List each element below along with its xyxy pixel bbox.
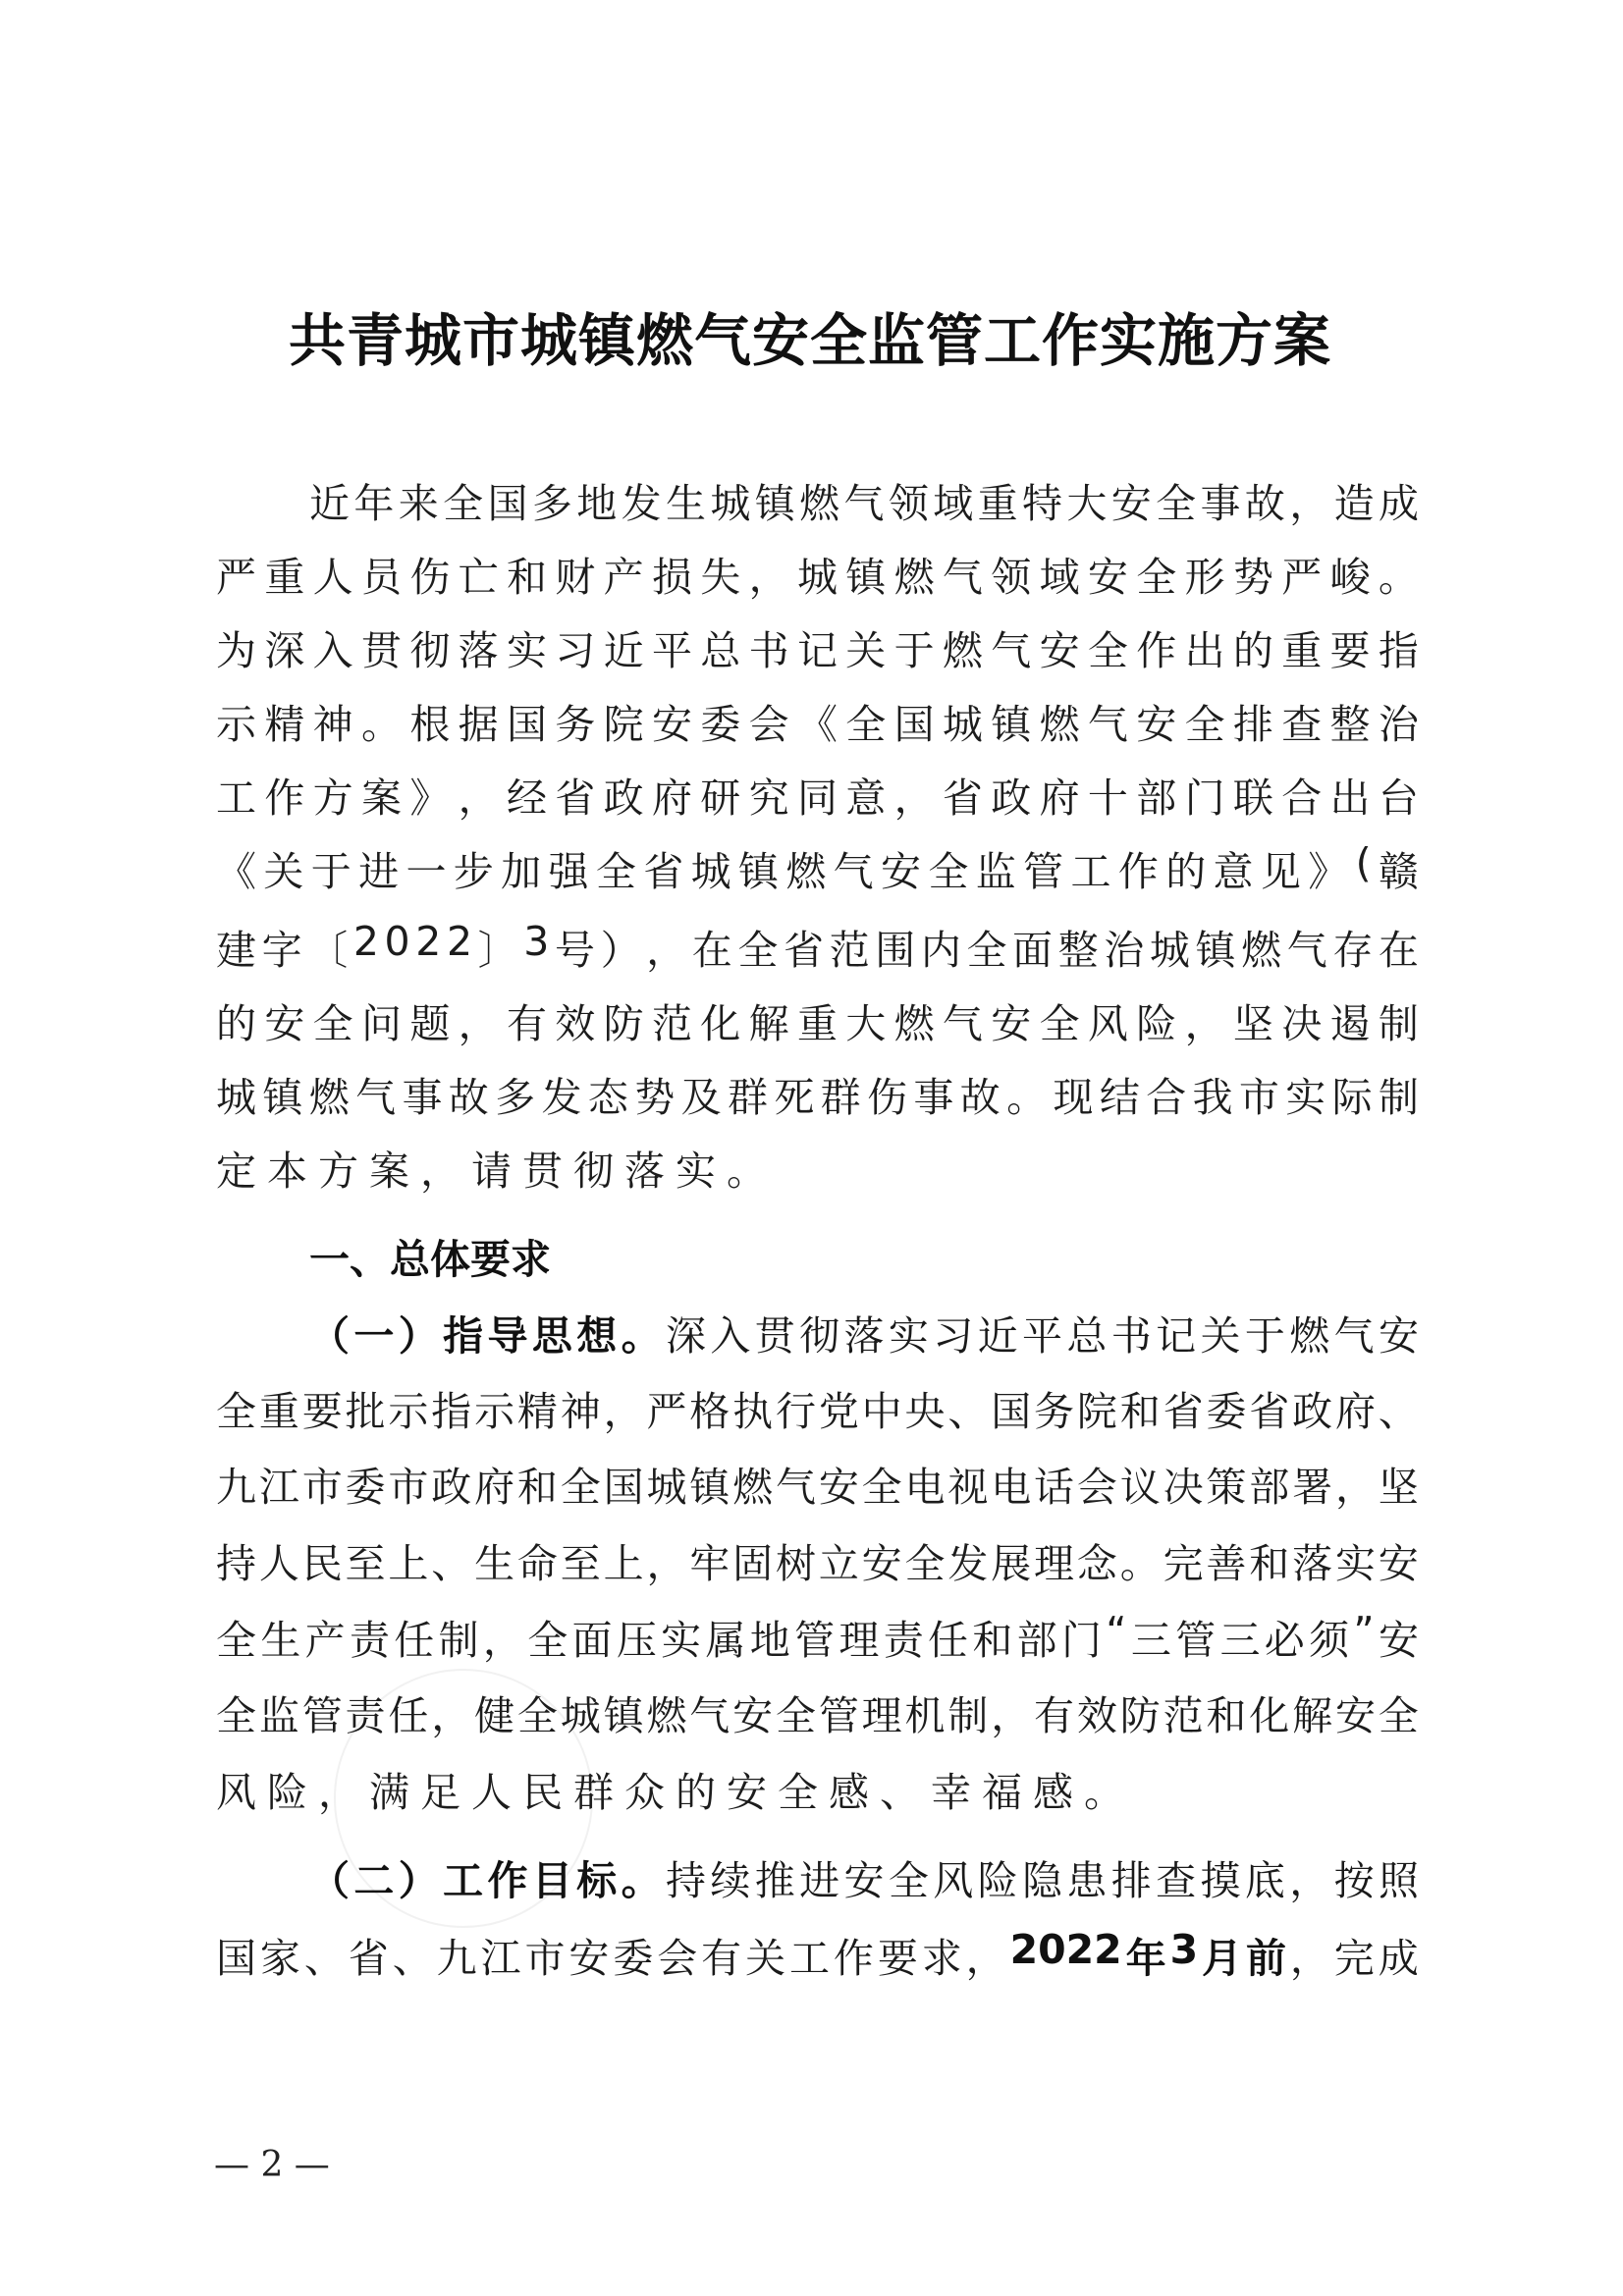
section-heading-general-requirements: 一、总体要求 [309,1227,551,1285]
deadline-date: 年 [1126,1926,1166,1985]
subsection-label-char: 思 [532,1304,572,1362]
subsection-label-char: 指 [443,1304,483,1362]
text-line: 近年来全国多地发生城镇燃气领域重特大安全事故，造成 [309,471,1419,530]
subsection-label-char: （ [309,1304,350,1362]
deadline-date: 3 [1170,1926,1199,1985]
text-line: 的安全问题，有效防范化解重大燃气安全风险，坚决遏制 [216,991,1419,1050]
text-line: （一）指导思想。深入贯彻落实习近平总书记关于燃气安 [309,1304,1419,1362]
subsection-label-char: 想 [576,1304,617,1362]
text-line: 风险，满足人民群众的安全感、幸福感。 [216,1760,1419,1819]
deadline-date: 2022 [1010,1926,1122,1985]
deadline-date: 前 [1246,1926,1286,1985]
subsection-label-char: 。 [622,1304,662,1362]
subsection-label-char: 导 [488,1304,528,1362]
text-line: 《关于进一步加强全省城镇燃气安全监管工作的意见》(赣 [216,839,1419,898]
text-line: 定本方案，请贯彻落实。 [216,1139,1419,1198]
page-number: — 2 — [214,2145,330,2185]
text-line: 全生产责任制，全面压实属地管理责任和部门“三管三必须”安 [216,1608,1419,1667]
text-line: 建字〔2022〕3号），在全省范围内全面整治城镇燃气存在 [216,918,1419,977]
subsection-label-char: ） [399,1304,439,1362]
subsection-label-char: 一 [353,1304,394,1362]
text-line: 严重人员伤亡和财产损失，城镇燃气领域安全形势严峻。 [216,545,1419,604]
text-line: 九江市委市政府和全国城镇燃气安全电视电话会议决策部署，坚 [216,1455,1419,1514]
text-line: （二）工作目标。持续推进安全风险隐患排查摸底，按照 [309,1848,1419,1907]
text-line: 国家、省、九江市安委会有关工作要求，2022年3月前，完成 [216,1926,1419,1985]
text-line: 为深入贯彻落实习近平总书记关于燃气安全作出的重要指 [216,618,1419,677]
text-line: 全重要批示指示精神，严格执行党中央、国务院和省委省政府、 [216,1379,1419,1438]
text-line: 工作方案》，经省政府研究同意，省政府十部门联合出台 [216,766,1419,825]
text-line: 全监管责任，健全城镇燃气安全管理机制，有效防范和化解安全 [216,1683,1419,1742]
document-page: 共青城市城镇燃气安全监管工作实施方案 近年来全国多地发生城镇燃气领域重特大安全事… [0,0,1623,2296]
text-line: 城镇燃气事故多发态势及群死群伤事故。现结合我市实际制 [216,1065,1419,1124]
text-line: 示精神。根据国务院安委会《全国城镇燃气安全排查整治 [216,692,1419,751]
text-line: 持人民至上、生命至上，牢固树立安全发展理念。完善和落实安 [216,1531,1419,1590]
deadline-date: 月 [1202,1926,1242,1985]
document-title: 共青城市城镇燃气安全监管工作实施方案 [196,294,1424,377]
